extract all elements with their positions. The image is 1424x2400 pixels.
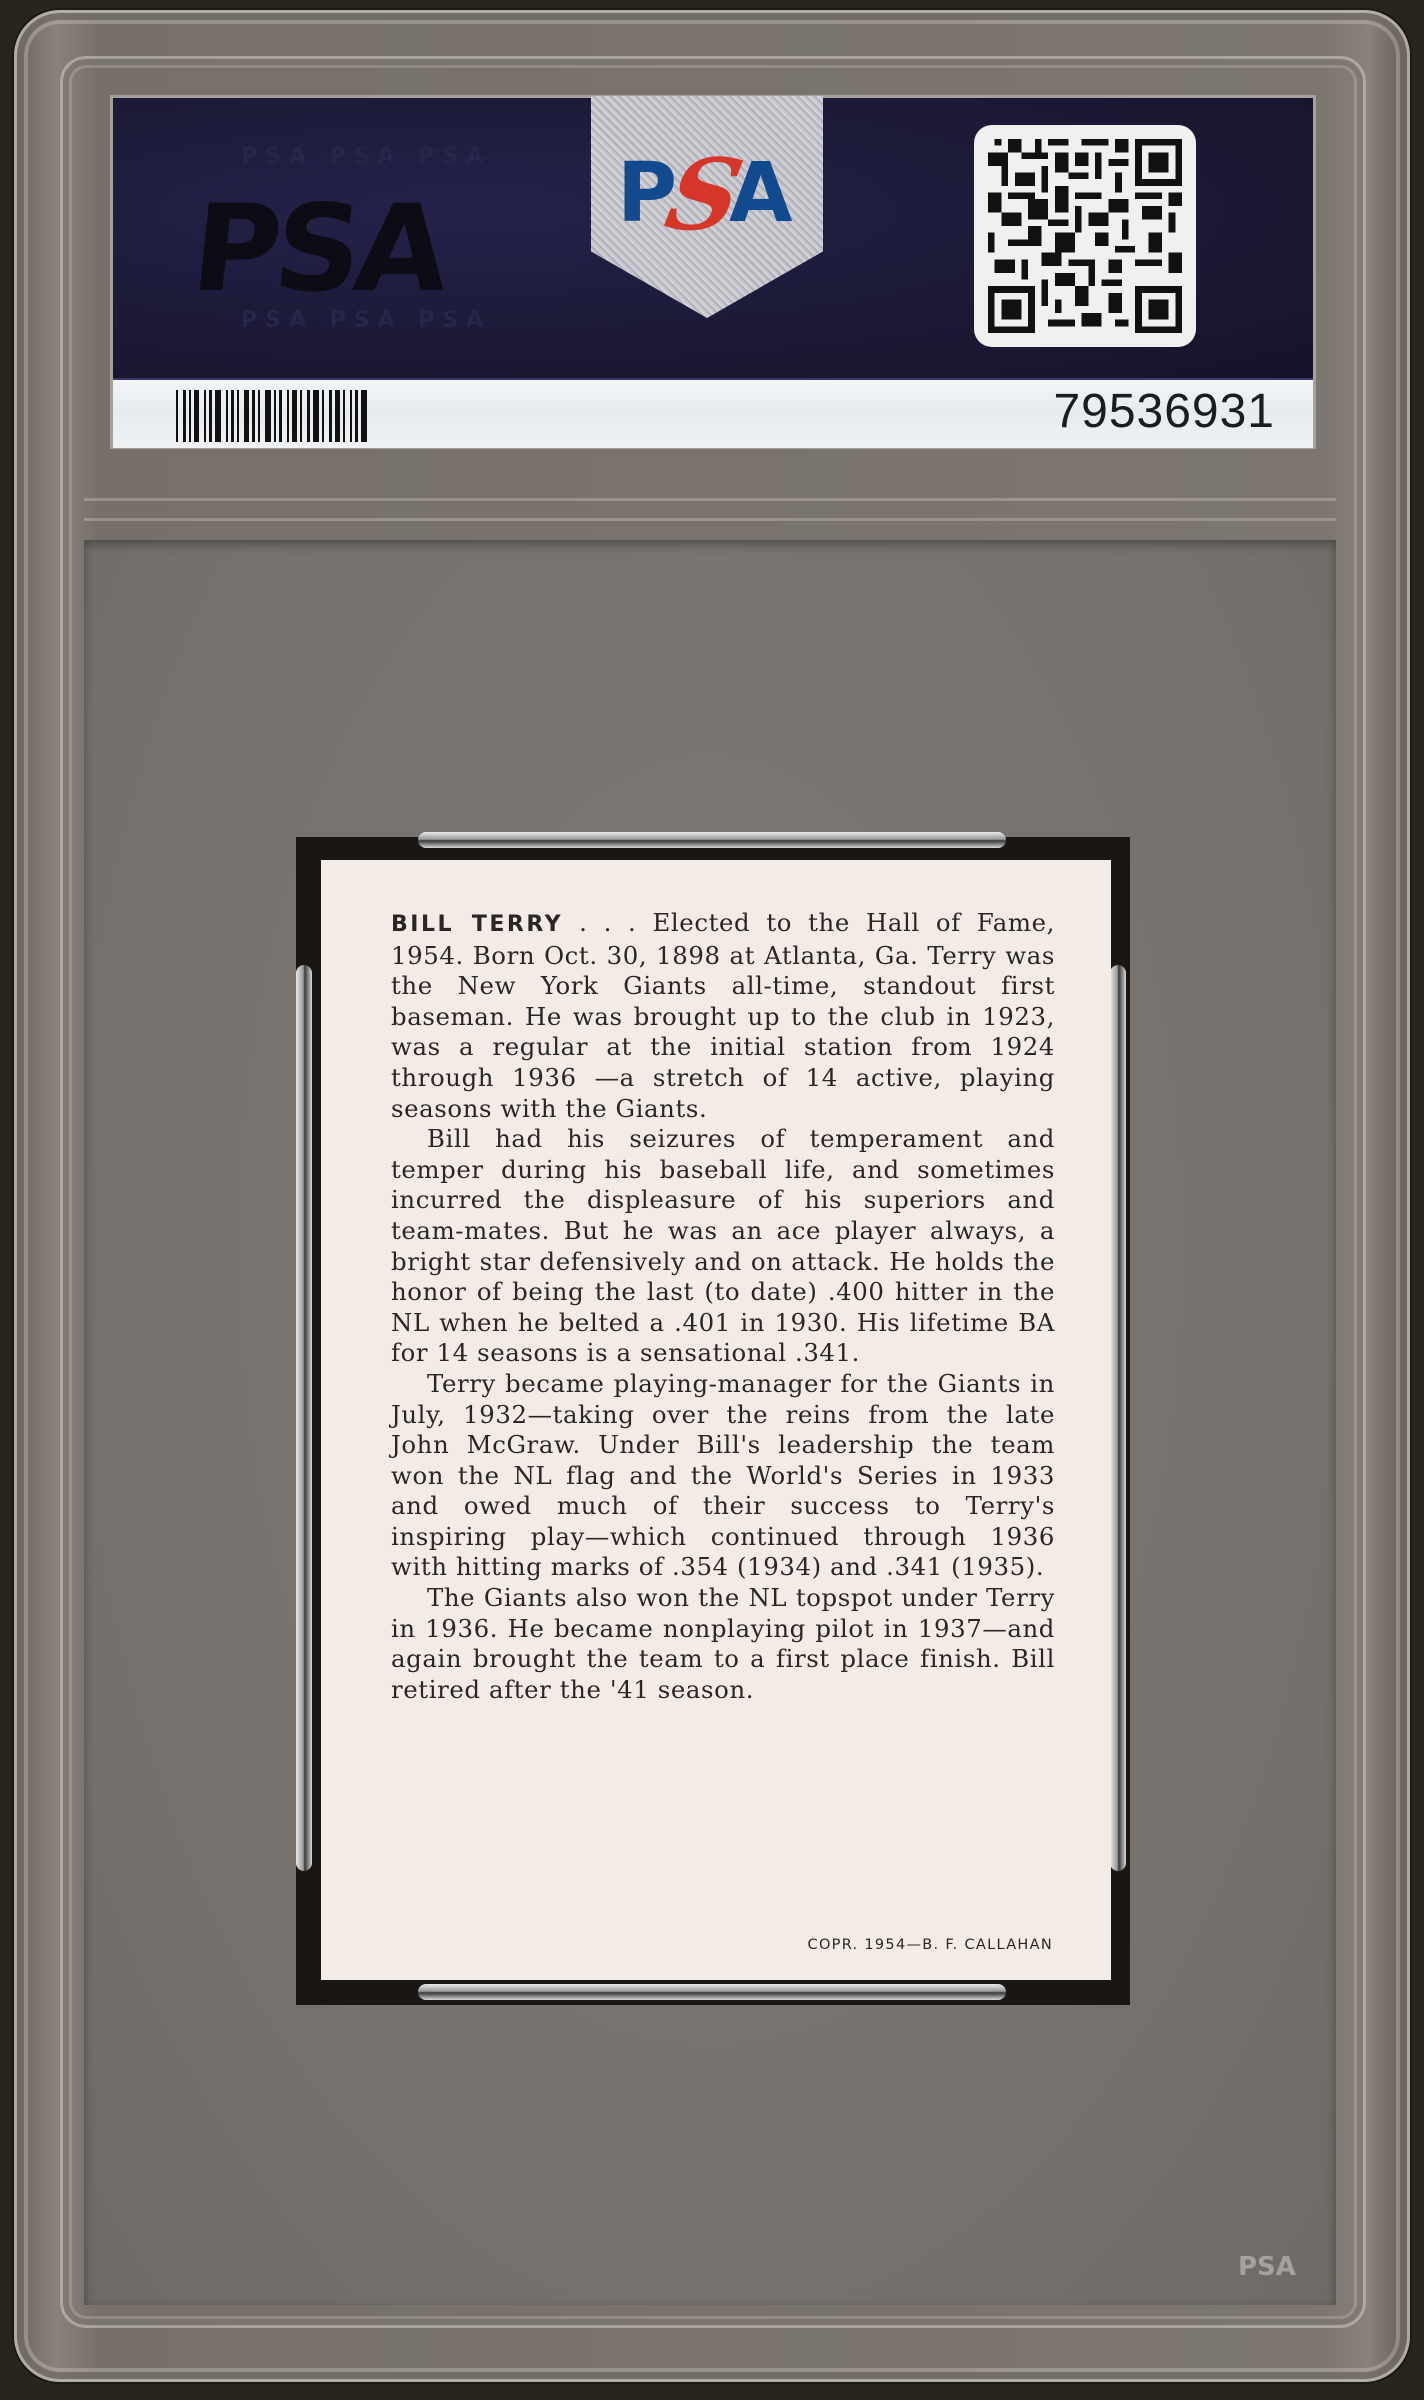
barcode-bar xyxy=(252,390,255,442)
barcode-bar xyxy=(189,390,191,442)
qr-code-pattern xyxy=(988,139,1182,333)
player-name: BILL TERRY xyxy=(391,912,563,937)
barcode-bar xyxy=(322,390,324,442)
label-barcode-strip: 79536931 xyxy=(113,378,1313,448)
barcode-bar xyxy=(176,390,178,442)
barcode-bar xyxy=(258,390,260,442)
barcode-bar xyxy=(274,390,276,442)
barcode-bar xyxy=(300,390,302,442)
barcode-icon xyxy=(176,390,372,442)
cert-number: 79536931 xyxy=(1053,384,1275,439)
barcode-bar xyxy=(194,390,199,442)
card-bio-text: BILL TERRY . . . Elected to the Hall of … xyxy=(391,908,1055,1705)
barcode-bar xyxy=(307,390,310,442)
holder-clip-top xyxy=(418,832,1006,848)
baseball-card-back: BILL TERRY . . . Elected to the Hall of … xyxy=(321,860,1111,1980)
bio-paragraph: Terry became playing-manager for the Gia… xyxy=(391,1369,1055,1583)
barcode-bar xyxy=(265,390,271,442)
holder-clip-right xyxy=(1110,965,1126,1871)
barcode-bar xyxy=(204,390,206,442)
psa-watermark-small-top: PSA PSA PSA xyxy=(241,144,491,169)
barcode-bar xyxy=(209,390,212,442)
barcode-bar xyxy=(226,390,228,442)
psa-corner-logo-icon: PSA xyxy=(1238,2252,1296,2282)
barcode-bar xyxy=(215,390,221,442)
psa-hologram-badge: P A S xyxy=(591,96,823,318)
barcode-bar xyxy=(287,390,289,442)
barcode-bar xyxy=(244,390,249,442)
bio-paragraph: BILL TERRY . . . Elected to the Hall of … xyxy=(391,908,1055,1124)
bio-paragraph: Bill had his seizures of temperament and… xyxy=(391,1124,1055,1369)
barcode-bar xyxy=(292,390,297,442)
barcode-bar xyxy=(231,390,234,442)
barcode-bar xyxy=(335,390,340,442)
barcode-bar xyxy=(350,390,352,442)
psa-watermark-logo: PSA xyxy=(186,180,450,319)
holder-clip-bottom xyxy=(418,1984,1006,2000)
slab-ridge xyxy=(84,498,1336,501)
psa-watermark-small-bottom: PSA PSA PSA xyxy=(241,308,491,333)
barcode-bar xyxy=(183,390,186,442)
slab-ridge xyxy=(84,518,1336,521)
barcode-bar xyxy=(279,390,282,442)
holder-clip-left xyxy=(296,965,312,1871)
barcode-bar xyxy=(329,390,332,442)
psa-logo-icon: P A S xyxy=(617,146,797,236)
barcode-bar xyxy=(343,390,345,442)
psa-label: PSA PSA PSA PSA PSA PSA PSA P A S xyxy=(113,98,1313,446)
barcode-bar xyxy=(361,390,367,442)
qr-code-icon[interactable] xyxy=(974,125,1196,347)
bio-paragraph: The Giants also won the NL topspot under… xyxy=(391,1583,1055,1705)
barcode-bar xyxy=(313,390,319,442)
copyright-line: COPR. 1954—B. F. CALLAHAN xyxy=(808,1937,1053,1953)
barcode-bar xyxy=(355,390,358,442)
barcode-bar xyxy=(237,390,239,442)
label-navy-panel: PSA PSA PSA PSA PSA PSA PSA P A S xyxy=(113,98,1313,378)
